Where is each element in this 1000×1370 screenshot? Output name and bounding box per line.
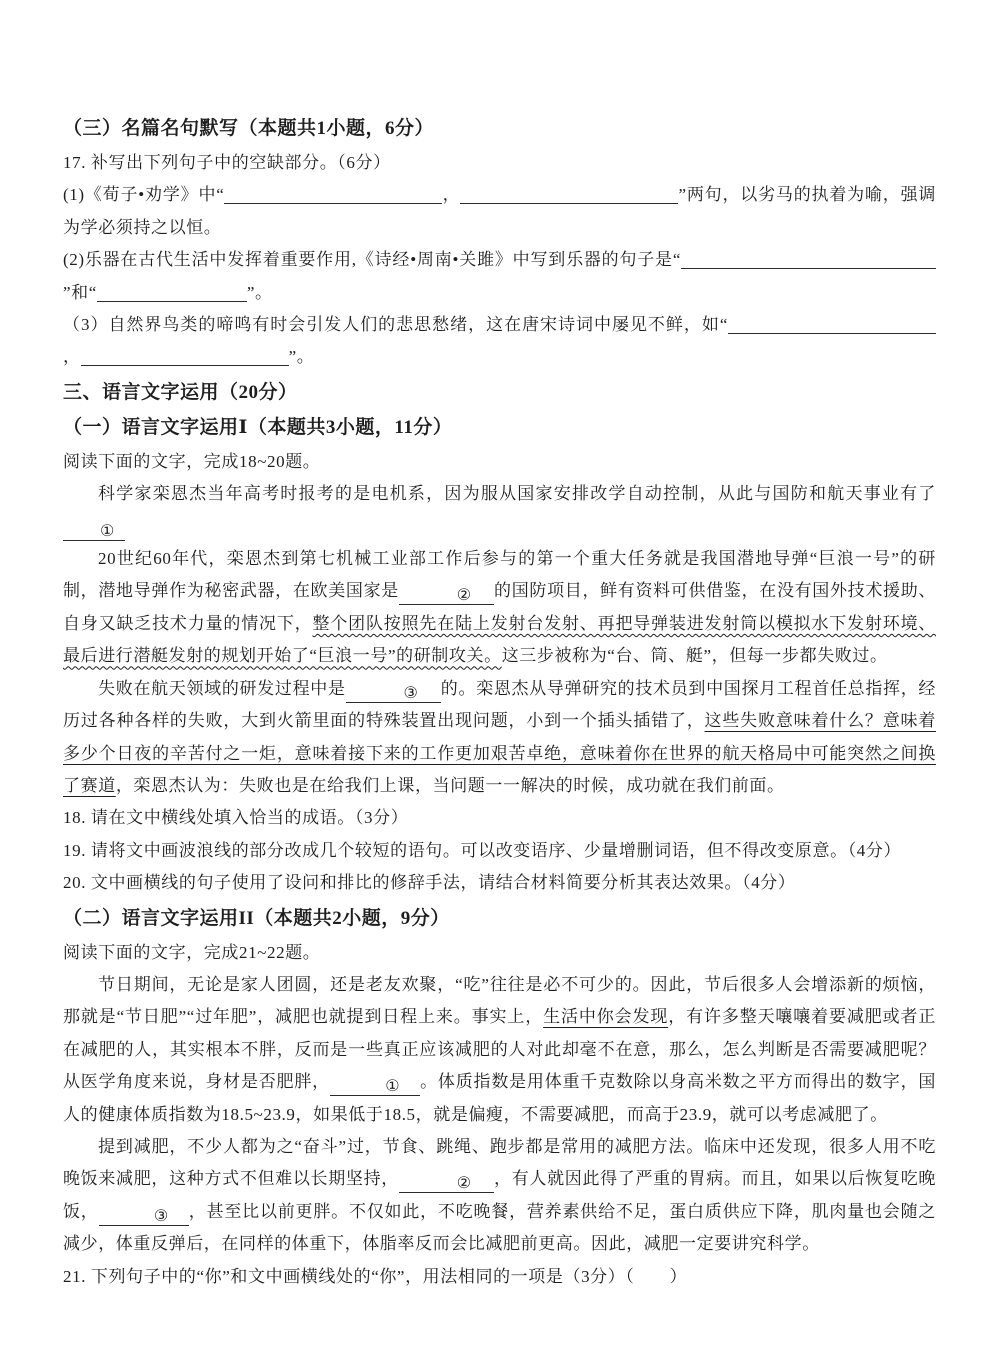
- text-run: 17. 补写出下列句子中的空缺部分。（6分）: [63, 153, 391, 172]
- document-body: （三）名篇名句默写（本题共1小题，6分）17. 补写出下列句子中的空缺部分。（6…: [63, 112, 936, 1293]
- numbered-blank: ①: [63, 522, 125, 541]
- question-18: 18. 请在文中横线处填入恰当的成语。（3分）: [63, 802, 936, 834]
- passage-1-paragraph-1: 科学家栾恩杰当年高考时报考的是电机系，因为服从国家安排改学自动控制，从此与国防和…: [63, 478, 936, 543]
- underlined-text: 生活中你会发现: [543, 1007, 668, 1026]
- section-heading-mingpian: （三）名篇名句默写（本题共1小题，6分）: [63, 112, 936, 145]
- question-19: 19. 请将文中画波浪线的部分改成几个较短的语句。可以改变语序、少量增删词语，但…: [63, 835, 936, 867]
- passage-1-paragraph-2: 20世纪60年代，栾恩杰到第七机械工业部工作后参与的第一个重大任务就是我国潜地导…: [63, 543, 936, 673]
- question-17-item-2: (2)乐器在古代生活中发挥着重要作用,《诗经•周南•关雎》中写到乐器的句子是“”…: [63, 244, 936, 309]
- text-run: ”和“: [63, 283, 97, 302]
- numbered-blank: ①: [330, 1077, 420, 1096]
- passage-2-paragraph-1: 节日期间，无论是家人团圆，还是老友欢聚，“吃”往往是必不可少的。因此，节后很多人…: [63, 969, 936, 1131]
- text-run: （3）自然界鸟类的啼鸣有时会引发人们的悲思愁绪，这在唐宋诗词中屡见不鲜，如“: [63, 315, 728, 334]
- question-17-item-3: （3）自然界鸟类的啼鸣有时会引发人们的悲思愁绪，这在唐宋诗词中屡见不鲜，如“，”…: [63, 309, 936, 374]
- text-run: ，: [442, 185, 460, 204]
- blank-line: [224, 185, 442, 204]
- text-run: 失败在航天领域的研发过程中是: [98, 679, 346, 698]
- text-run: 19. 请将文中画波浪线的部分改成几个较短的语句。可以改变语序、少量增删词语，但…: [63, 841, 901, 860]
- text-run: （二）语言文字运用II（本题共2小题，9分）: [63, 908, 450, 929]
- question-17: 17. 补写出下列句子中的空缺部分。（6分）: [63, 147, 936, 179]
- text-run: （三）名篇名句默写（本题共1小题，6分）: [63, 118, 434, 139]
- exam-page: （三）名篇名句默写（本题共1小题，6分）17. 补写出下列句子中的空缺部分。（6…: [0, 0, 1000, 1370]
- text-run: (1)《荀子•劝学》中“: [63, 185, 224, 204]
- reading-instruction-1: 阅读下面的文字，完成18~20题。: [63, 446, 936, 478]
- text-run: 21. 下列句子中的“你”和文中画横线处的“你”，用法相同的一项是（3分）（ ）: [63, 1267, 687, 1286]
- reading-instruction-2: 阅读下面的文字，完成21~22题。: [63, 937, 936, 969]
- text-run: ，甚至比以前更胖。不仅如此，不吃晚餐，营养素供给不足，蛋白质供应下降，肌肉量也会…: [63, 1202, 936, 1253]
- text-run: ，: [63, 347, 81, 366]
- question-17-item-1: (1)《荀子•劝学》中“，”两句，以劣马的执着为喻，强调为学必须持之以恒。: [63, 179, 936, 244]
- passage-1-paragraph-3: 失败在航天领域的研发过程中是③的。栾恩杰从导弹研究的技术员到中国探月工程首任总指…: [63, 673, 936, 803]
- text-run: （一）语言文字运用Ⅰ（本题共3小题，11分）: [63, 417, 452, 438]
- blank-line: [97, 283, 247, 302]
- numbered-blank: ②: [399, 1174, 494, 1193]
- text-run: 18. 请在文中横线处填入恰当的成语。（3分）: [63, 808, 408, 827]
- numbered-blank: ③: [99, 1207, 189, 1226]
- section-heading-yuyan-2: （二）语言文字运用II（本题共2小题，9分）: [63, 902, 936, 935]
- passage-2-paragraph-2: 提到减肥，不少人都为之“奋斗”过，节食、跳绳、跑步都是常用的减肥方法。临床中还发…: [63, 1131, 936, 1261]
- numbered-blank: ②: [399, 586, 494, 605]
- text-run: 这三步被称为“台、筒、艇”，但每一步都失败过。: [502, 646, 888, 665]
- section-heading-yuyan: 三、语言文字运用（20分）: [63, 376, 936, 409]
- text-run: ”。: [247, 283, 273, 302]
- text-run: 三、语言文字运用（20分）: [63, 382, 298, 403]
- blank-line: [81, 347, 289, 366]
- blank-line: [460, 185, 678, 204]
- text-run: ”。: [289, 347, 315, 366]
- blank-line: [728, 315, 936, 334]
- numbered-blank: ③: [346, 684, 441, 703]
- question-20: 20. 文中画横线的句子使用了设问和排比的修辞手法，请结合材料简要分析其表达效果…: [63, 867, 936, 899]
- text-run: (2)乐器在古代生活中发挥着重要作用,《诗经•周南•关雎》中写到乐器的句子是“: [63, 250, 681, 269]
- question-21: 21. 下列句子中的“你”和文中画横线处的“你”，用法相同的一项是（3分）（ ）: [63, 1261, 936, 1293]
- text-run: 科学家栾恩杰当年高考时报考的是电机系，因为服从国家安排改学自动控制，从此与国防和…: [98, 484, 936, 503]
- text-run: 阅读下面的文字，完成18~20题。: [63, 452, 320, 471]
- text-run: ，栾恩杰认为：失败也是在给我们上课，当问题一一解决的时候，成功就在我们前面。: [116, 776, 785, 795]
- blank-line: [681, 250, 936, 269]
- text-run: 20. 文中画横线的句子使用了设问和排比的修辞手法，请结合材料简要分析其表达效果…: [63, 873, 796, 892]
- section-heading-yuyan-1: （一）语言文字运用Ⅰ（本题共3小题，11分）: [63, 411, 936, 444]
- text-run: 阅读下面的文字，完成21~22题。: [63, 943, 320, 962]
